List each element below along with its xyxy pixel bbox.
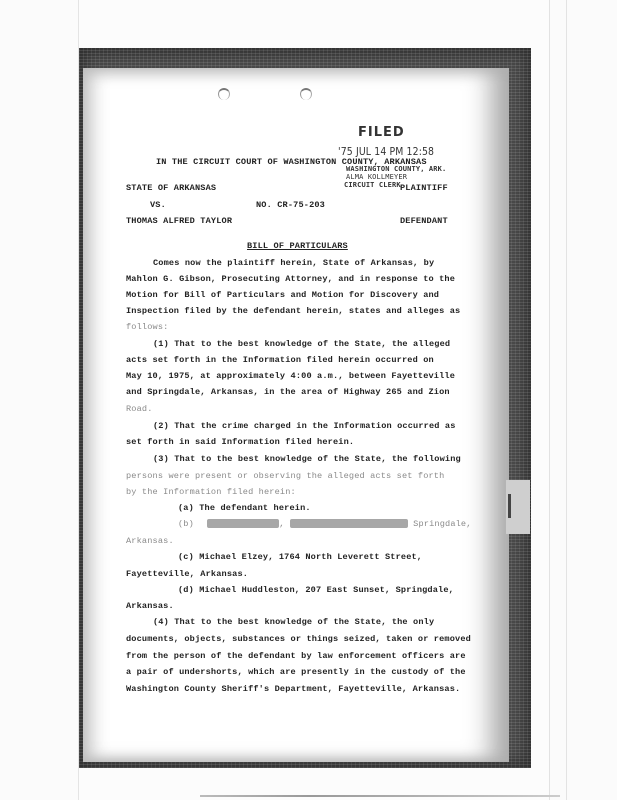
paragraph-1-line: Road. — [126, 404, 153, 414]
witness-d-cont: Arkansas. — [126, 601, 174, 611]
paragraph-3-line: persons were present or observing the al… — [126, 471, 444, 481]
paragraph-1-line: acts set forth in the Information filed … — [126, 355, 434, 365]
witness-c-cont: Fayetteville, Arkansas. — [126, 569, 248, 579]
intro-line: follows: — [126, 322, 168, 332]
paragraph-1-line: (1) That to the best knowledge of the St… — [153, 339, 450, 349]
paragraph-3-line: by the Information filed herein: — [126, 487, 296, 497]
redacted-address-block — [290, 519, 408, 528]
defendant-name: THOMAS ALFRED TAYLOR — [126, 216, 232, 226]
document-title: BILL OF PARTICULARS — [247, 241, 348, 251]
witness-b-city: Springdale, — [413, 519, 471, 529]
paragraph-1-line: May 10, 1975, at approximately 4:00 a.m.… — [126, 371, 455, 381]
versus: VS. — [150, 200, 166, 210]
paragraph-4-line: documents, objects, substances or things… — [126, 634, 471, 644]
intro-line: Comes now the plaintiff herein, State of… — [153, 258, 434, 268]
intro-line: Motion for Bill of Particulars and Motio… — [126, 290, 439, 300]
witness-a: (a) The defendant herein. — [178, 503, 311, 513]
paragraph-4-line: Washington County Sheriff's Department, … — [126, 684, 460, 694]
defendant-label: DEFENDANT — [400, 216, 448, 226]
court-heading: IN THE CIRCUIT COURT OF WASHINGTON COUNT… — [156, 157, 427, 167]
bill-of-particulars-document: FILED '75 JUL 14 PM 12:58 WASHINGTON COU… — [0, 0, 617, 800]
intro-line: Inspection filed by the defendant herein… — [126, 306, 460, 316]
intro-line: Mahlon G. Gibson, Prosecuting Attorney, … — [126, 274, 455, 284]
witness-d: (d) Michael Huddleston, 207 East Sunset,… — [178, 585, 454, 595]
filed-stamp-clerk-name: ALMA KOLLMEYER — [346, 173, 407, 181]
paragraph-2-line: set forth in said Information filed here… — [126, 437, 354, 447]
witness-b-cont: Arkansas. — [126, 536, 174, 546]
paragraph-1-line: and Springdale, Arkansas, in the area of… — [126, 387, 450, 397]
plaintiff-name: STATE OF ARKANSAS — [126, 183, 216, 193]
case-number: NO. CR-75-203 — [256, 200, 325, 210]
redacted-name-block — [207, 519, 279, 528]
paragraph-4-line: (4) That to the best knowledge of the St… — [153, 617, 434, 627]
witness-c: (c) Michael Elzey, 1764 North Leverett S… — [178, 552, 422, 562]
filed-stamp: FILED — [358, 125, 405, 140]
filed-stamp-clerk-title: CIRCUIT CLERK — [344, 181, 401, 189]
witness-b-label: (b) — [178, 519, 194, 529]
plaintiff-label: PLAINTIFF — [400, 183, 448, 193]
paragraph-4-line: a pair of undershorts, which are present… — [126, 667, 466, 677]
witness-b: (b) , Springdale, — [178, 519, 472, 529]
paragraph-3-line: (3) That to the best knowledge of the St… — [153, 454, 461, 464]
paragraph-4-line: from the person of the defendant by law … — [126, 651, 466, 661]
paragraph-2-line: (2) That the crime charged in the Inform… — [153, 421, 456, 431]
